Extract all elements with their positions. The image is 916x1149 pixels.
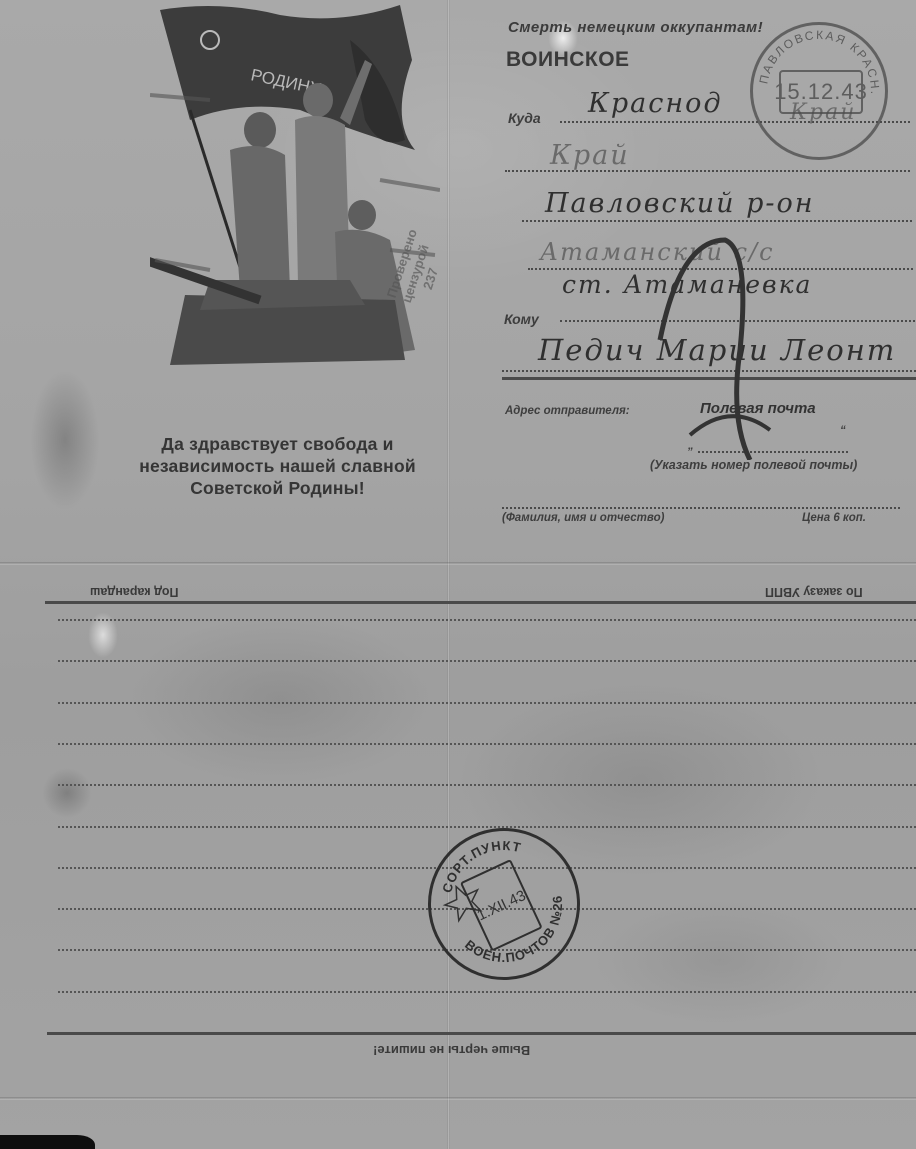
- whom-label: Кому: [504, 311, 539, 327]
- address-city: Краснод: [588, 88, 723, 119]
- ruled-line: [58, 660, 916, 662]
- torn-corner: [0, 1135, 95, 1149]
- writing-area-bottom-line: [47, 1032, 916, 1035]
- address-line: [505, 170, 910, 172]
- horizontal-fold: [0, 562, 916, 565]
- stain: [30, 370, 100, 510]
- order-label: По заказу УВПП: [765, 585, 863, 599]
- address-region: Край: [550, 140, 630, 171]
- ruled-line: [58, 743, 916, 745]
- field-post-hint: (Указать номер полевой почты): [650, 458, 857, 472]
- horizontal-fold-bottom: [0, 1097, 916, 1100]
- letter-type: ВОИНСКОЕ: [506, 48, 630, 72]
- postmark-top: ПАВЛОВСКАЯ КРАСН. 15.12.43: [750, 22, 888, 160]
- slogan-line: Да здравствует свобода и: [95, 433, 460, 455]
- patriotic-slogan: Да здравствует свобода и независимость н…: [95, 433, 460, 499]
- sender-name-line: [502, 507, 900, 509]
- ruled-line: [58, 702, 916, 704]
- vertical-fold: [447, 0, 450, 1149]
- to-label: Куда: [508, 110, 541, 126]
- name-hint: (Фамилия, имя и отчество): [502, 512, 664, 524]
- ruled-line: [58, 619, 916, 621]
- slogan-line: независимость нашей славной: [95, 455, 460, 477]
- handwritten-mark-icon: [630, 230, 810, 460]
- slogan-line: Советской Родины!: [95, 477, 460, 499]
- address-line: [522, 220, 912, 222]
- price-label: Цена 6 коп.: [802, 512, 866, 524]
- writing-area-top-line: [45, 601, 916, 604]
- banner-soldiers-tank-icon: РОДИНУ: [150, 0, 440, 395]
- postmark-date: 15.12.43: [779, 70, 863, 114]
- quote-close: “: [840, 425, 846, 437]
- sender-label: Адрес отправителя:: [505, 405, 630, 417]
- pencil-label: Под карандаш: [90, 585, 179, 599]
- do-not-write-label: Выше черты не пишите!: [373, 1043, 530, 1058]
- top-slogan: Смерть немецким оккупантам!: [508, 19, 763, 36]
- stain: [42, 768, 92, 818]
- patriotic-illustration: РОДИНУ: [150, 0, 440, 395]
- address-district: Павловский р-он: [545, 188, 815, 219]
- ruled-line: [58, 784, 916, 786]
